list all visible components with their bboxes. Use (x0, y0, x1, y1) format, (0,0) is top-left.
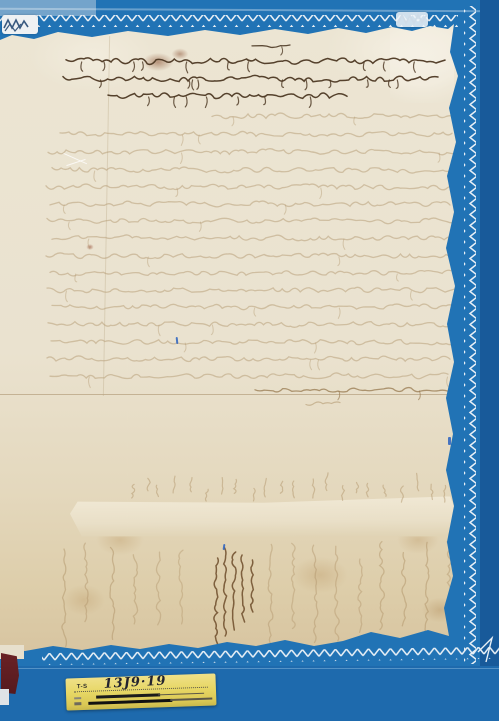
zigzag-stitch-bottom (42, 647, 499, 665)
binding-corner (1, 653, 19, 694)
blue-ink-speck (448, 437, 451, 445)
verso-address-faint (62, 473, 452, 647)
classmark-prefix: T-S (77, 684, 88, 690)
scale-caption (74, 697, 81, 699)
scale-bar (170, 698, 212, 701)
scale-bar (96, 693, 160, 698)
binding-corner-paper (0, 689, 9, 705)
handwriting (0, 24, 465, 656)
scale-caption (74, 702, 81, 705)
recto-text-block (63, 45, 445, 108)
scale-bar (158, 693, 204, 696)
manuscript-fragment (0, 24, 465, 656)
zigzag-stitch-right (464, 6, 476, 664)
bleedthrough-text (46, 113, 456, 405)
zigzag-stitch-top (0, 15, 458, 27)
scale-bar (88, 698, 172, 704)
stitch-knot-icon (2, 15, 38, 34)
genizah-fragment-photo: T-S 13J9·19 (0, 0, 499, 721)
stitch-knot-icon (396, 12, 428, 27)
verso-address-dark (214, 548, 253, 644)
classmark-label: T-S 13J9·19 (65, 673, 216, 710)
